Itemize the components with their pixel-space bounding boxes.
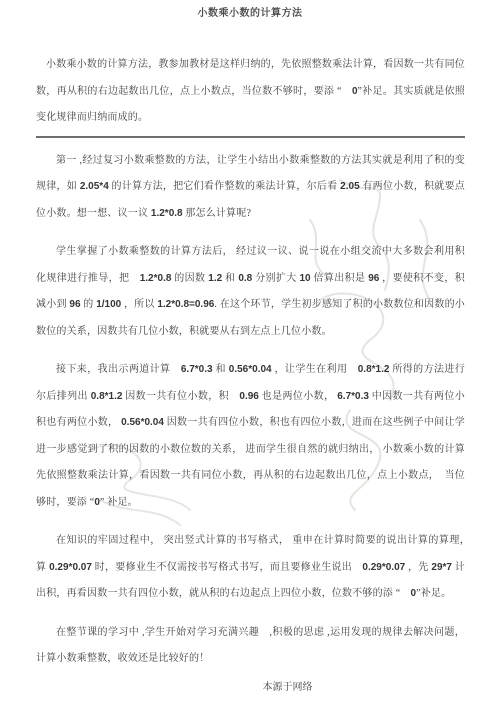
text-line: 小数乘小数的计算方法，教参加教材是这样归纳的，先依照整数乘法计算，看因数一共有同… — [36, 52, 465, 79]
document-page: 小数乘小数的计算方法 小数乘小数的计算方法，教参加教材是这样归纳的，先依照整数乘… — [0, 0, 500, 708]
paragraph-1: 小数乘小数的计算方法，教参加教材是这样归纳的，先依照整数乘法计算，看因数一共有同… — [36, 52, 465, 132]
text-line: 学生掌握了小数乘整数的计算方法后， 经过议一议、说一说在小组交流中大多数会利用积… — [36, 239, 465, 266]
text-line: 出积，再看因数一共有四位小数，就从积的右边起点上四位小数，位数不够的添 “ 0”… — [36, 581, 465, 608]
document-body: 小数乘小数的计算方法，教参加教材是这样归纳的，先依照整数乘法计算，看因数一共有同… — [36, 52, 465, 697]
page-title: 小数乘小数的计算方法 — [0, 0, 500, 19]
text-line: 算 0.29*0.07 时，要修业生不仅需按书写格式书写，而且要修业生说出 0.… — [36, 555, 465, 582]
paragraph-3: 学生掌握了小数乘整数的计算方法后， 经过议一议、说一说在小组交流中大多数会利用积… — [36, 239, 465, 345]
text-line: 位小数。想一想、议一议 1.2*0.8 那怎么计算呢? — [36, 201, 465, 228]
text-line: 接下来，我出示两道计算 6.7*0.3 和 0.56*0.04 ，让学生在利用 … — [36, 357, 465, 384]
horizontal-divider — [36, 136, 465, 138]
text-line: 尔后排列出 0.8*1.2 因数一共有位小数，积 0.96 也是两位小数， 6.… — [36, 384, 465, 411]
text-line: 在知识的牢固过程中， 突出竖式计算的书写格式， 重申在计算时简要的说出计算的算理… — [36, 528, 465, 555]
text-line: 变化规律而归纳而成的。 — [36, 105, 465, 132]
text-line: 在整节课的学习中 ,学生开始对学习充满兴趣 ,积极的思虑 ,运用发现的规律去解决… — [36, 620, 465, 647]
text-line: 够时，要添 “0” 补足。 — [36, 490, 465, 517]
paragraph-2: 第一 ,经过复习小数乘整数的方法，让学生小结出小数乘整数的方法其实就是利用了积的… — [36, 148, 465, 228]
paragraph-6: 在整节课的学习中 ,学生开始对学习充满兴趣 ,积极的思虑 ,运用发现的规律去解决… — [36, 620, 465, 673]
text-line: 规律，如 2.05*4 的计算方法，把它们看作整数的乘法计算，尔后看 2.05 … — [36, 174, 465, 201]
text-line: 数位的关系，因数共有几位小数，积就要从右到左点上几位小数。 — [36, 319, 465, 346]
text-line: 进一步感觉到了积的因数的小数位数的关系， 进而学生很自然的就归纳出， 小数乘小数… — [36, 437, 465, 464]
text-line: 减小到 96 的 1/100 ，所以 1.2*0.8=0.96. 在这个环节，学… — [36, 292, 465, 319]
source-note: 本源于网络 — [36, 679, 465, 697]
text-line: 积也有两位小数， 0.56*0.04 因数一共有四位小数，积也有四位小数，进而在… — [36, 410, 465, 437]
text-line: 计算小数乘整数，收效还是比较好的！ — [36, 646, 465, 673]
text-line: 先依照整数乘法计算，看因数一共有同位小数，再从积的右边起数出几位，点上小数点， … — [36, 463, 465, 490]
text-line: 化规律进行推导，把 1.2*0.8 的因数 1.2 和 0.8 分别扩大 10 … — [36, 266, 465, 293]
text-line: 数，再从积的右边起数出几位，点上小数点，当位数不够时，要添 “ 0”补足。其实质… — [36, 79, 465, 106]
paragraph-5: 在知识的牢固过程中， 突出竖式计算的书写格式， 重申在计算时简要的说出计算的算理… — [36, 528, 465, 608]
paragraph-4: 接下来，我出示两道计算 6.7*0.3 和 0.56*0.04 ，让学生在利用 … — [36, 357, 465, 516]
text-line: 第一 ,经过复习小数乘整数的方法，让学生小结出小数乘整数的方法其实就是利用了积的… — [36, 148, 465, 175]
